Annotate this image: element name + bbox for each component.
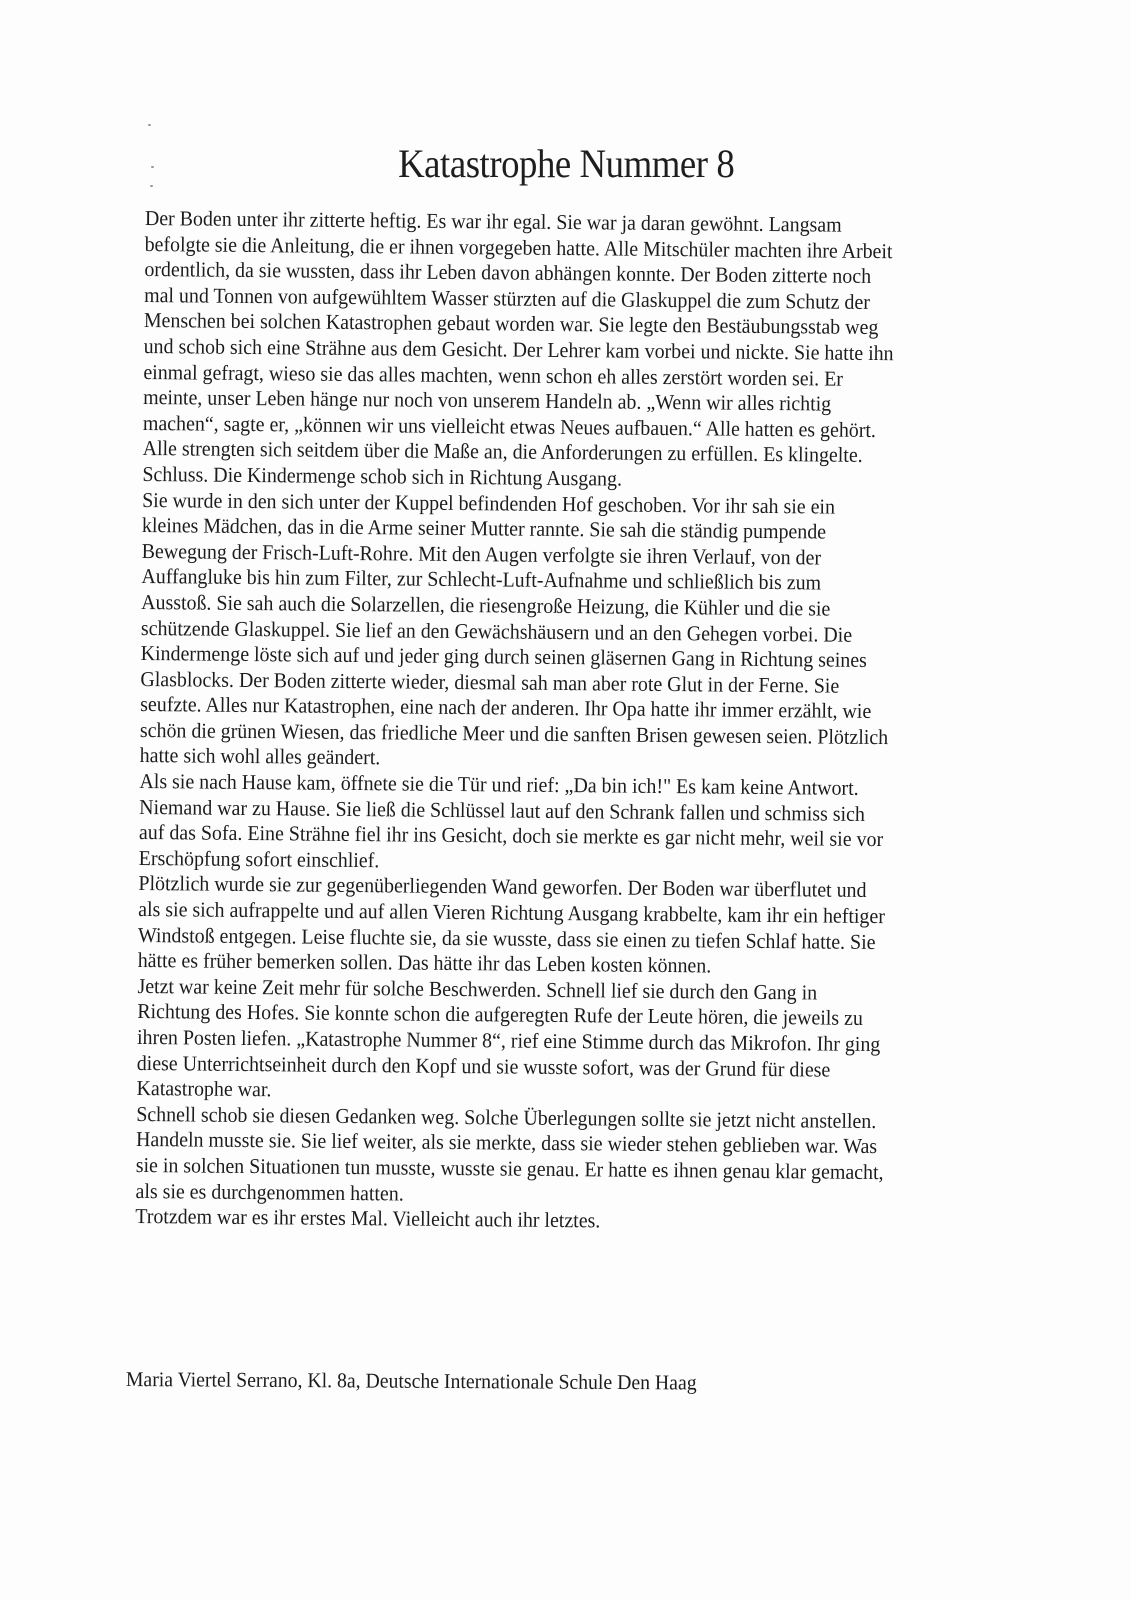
- scanned-page: Katastrophe Nummer 8 Der Boden unter ihr…: [0, 0, 1131, 1600]
- author-signature: Maria Viertel Serrano, Kl. 8a, Deutsche …: [126, 1367, 697, 1395]
- document-title: Katastrophe Nummer 8: [46, 140, 1087, 187]
- story-body: Der Boden unter ihr zitterte heftig. Es …: [135, 206, 953, 1237]
- scan-artifact-dot: [148, 124, 151, 126]
